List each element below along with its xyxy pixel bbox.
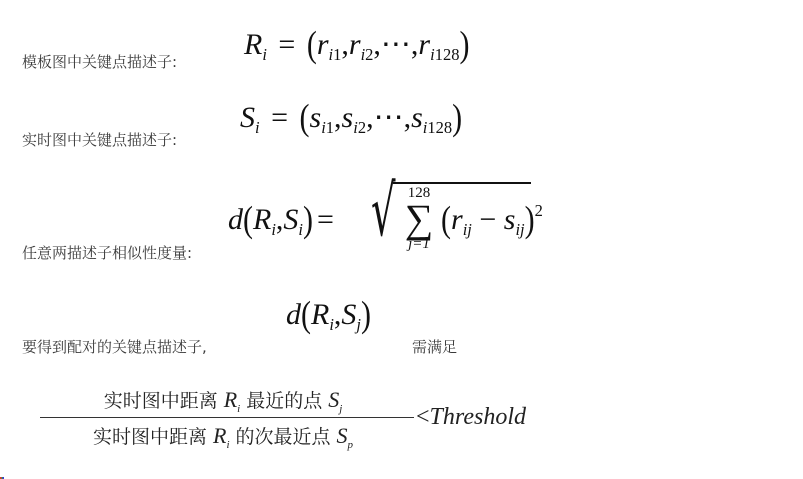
match-distance-formula: d(Ri,Sj) bbox=[286, 300, 371, 330]
ratio-test-formula: 实时图中距离Ri最近的点Sj 实时图中距离Ri的次最近点Sp <Threshol… bbox=[40, 386, 420, 456]
sqrt-overline bbox=[393, 182, 531, 184]
similarity-label: 任意两描述子相似性度量: bbox=[22, 246, 192, 261]
summation: 128 ∑ j=1 bbox=[399, 186, 439, 252]
ratio-numerator: 实时图中距离Ri最近的点Sj bbox=[40, 386, 412, 413]
ratio-denominator: 实时图中距离Ri的次最近点Sp bbox=[40, 422, 412, 449]
sigma-icon: ∑ bbox=[399, 201, 439, 237]
match-condition-label: 要得到配对的关键点描述子, bbox=[22, 340, 207, 355]
realtime-descriptor-label: 实时图中关键点描述子: bbox=[22, 133, 177, 148]
realtime-descriptor-formula: Si = (si1,si2,⋯,si128) bbox=[240, 103, 462, 133]
square-root: √ 128 ∑ j=1 (rij − sij)2 bbox=[371, 180, 531, 264]
sqrt-icon: √ bbox=[371, 176, 396, 246]
fraction-bar bbox=[40, 417, 414, 418]
threshold-comparison: <Threshold bbox=[416, 404, 526, 431]
must-satisfy-label: 需满足 bbox=[412, 340, 457, 355]
lhs-var: R bbox=[244, 28, 262, 61]
similarity-lhs: d(Ri,Si)= bbox=[228, 205, 338, 235]
summand: (rij − sij)2 bbox=[441, 205, 543, 235]
template-descriptor-formula: Ri = (ri1,ri2,⋯,ri128) bbox=[244, 30, 469, 60]
template-descriptor-label: 模板图中关键点描述子: bbox=[22, 55, 177, 70]
